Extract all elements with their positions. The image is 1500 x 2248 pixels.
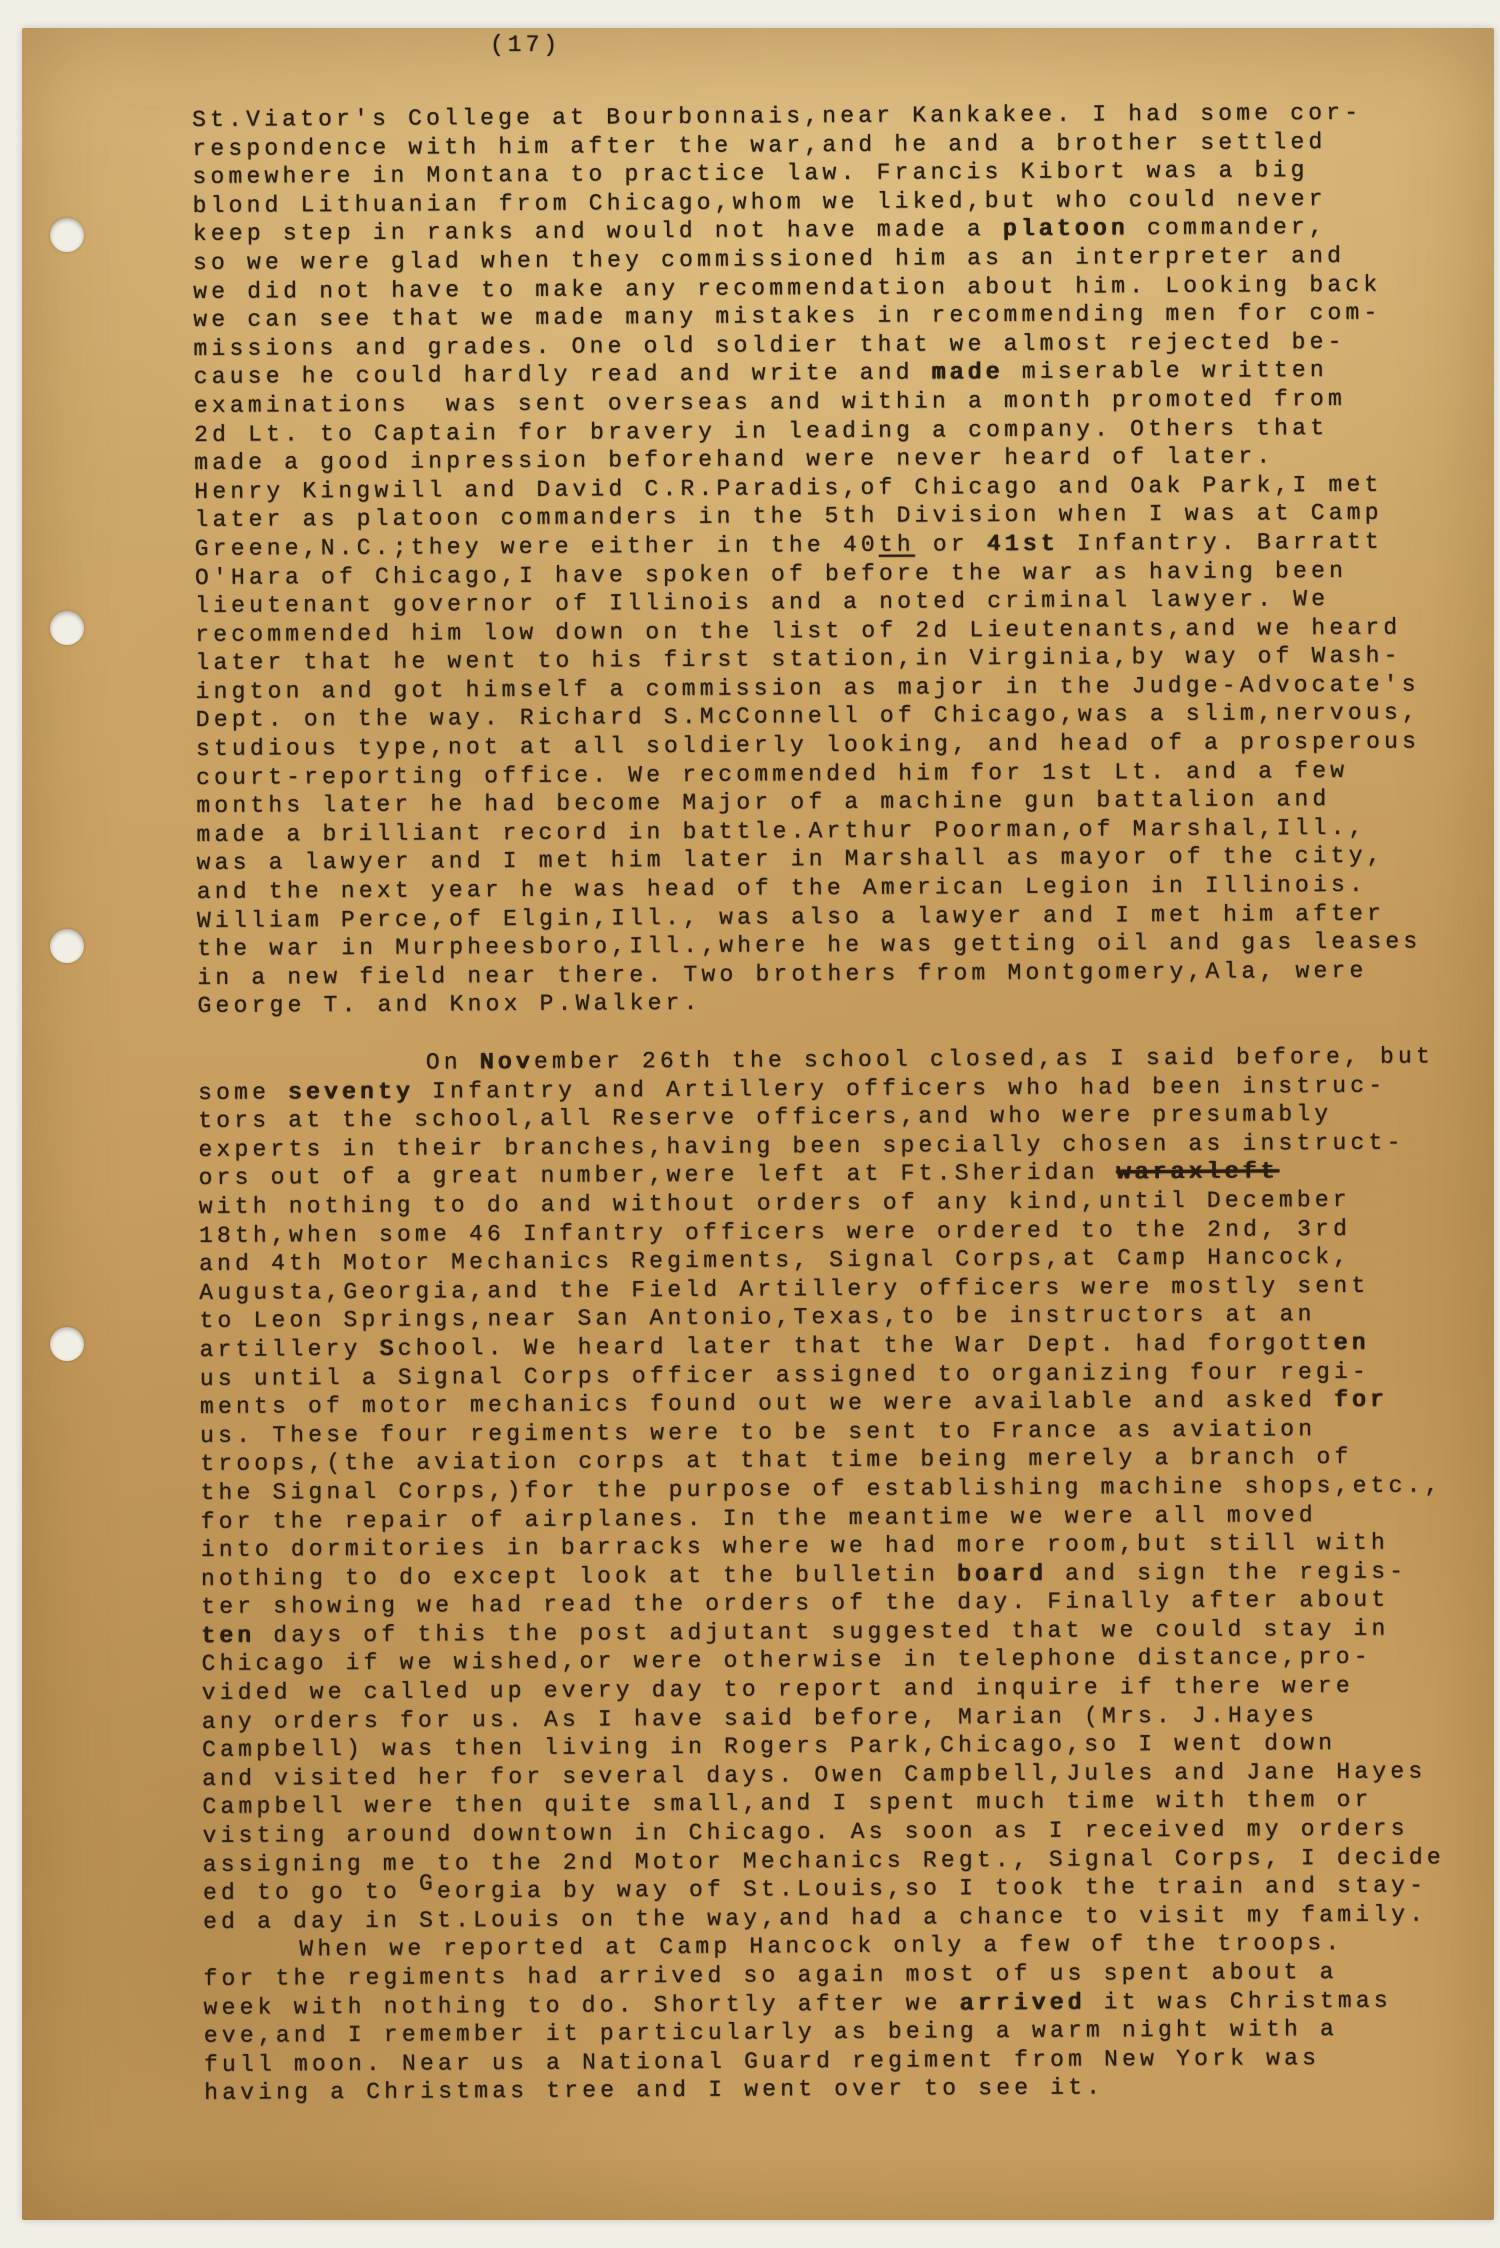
typed-text: eorgia by way of St.Louis,so I took the … — [437, 1873, 1427, 1905]
paragraph-1: St.Viator's College at Bourbonnais,near … — [192, 98, 1500, 1021]
typed-text: or — [915, 531, 987, 557]
typed-text: full moon. Near us a National Guard regi… — [204, 2045, 1320, 2078]
typed-text: commander, — [1129, 214, 1327, 241]
typed-text: it was Christmas — [1086, 1987, 1392, 2015]
punch-hole — [50, 1327, 84, 1361]
typed-text: some — [198, 1079, 288, 1106]
typed-text: Infantry. Barratt — [1059, 529, 1383, 557]
typed-text: artillery — [200, 1336, 380, 1363]
scan-background: (17) St.Viator's College at Bourbonnais,… — [0, 0, 1500, 2248]
typed-text: chool. We heard later that the War Dept.… — [398, 1330, 1334, 1362]
typed-text: made a good inpression beforehand were n… — [194, 443, 1274, 476]
typed-text-emphasis: G — [419, 1871, 437, 1897]
typed-text: and sign the regis- — [1047, 1558, 1407, 1586]
typed-text: On — [426, 1049, 480, 1075]
typed-text: ors out of a great number,were left at F… — [198, 1160, 1116, 1192]
document-text: St.Viator's College at Bourbonnais,near … — [192, 98, 1500, 2108]
typed-text-emphasis: arrived — [960, 1989, 1086, 2016]
paragraph-2: On November 26th the school closed,as I … — [198, 1042, 1500, 1936]
typed-text: nothing to do except look at the bulleti… — [201, 1561, 957, 1592]
typed-text: ed to go to — [203, 1879, 419, 1906]
typed-text: week with nothing to do. Shortly after w… — [204, 1990, 960, 2021]
typed-text-emphasis: th — [879, 531, 915, 557]
punch-hole — [50, 611, 84, 645]
typed-text: George T. and Knox P.Walker. — [197, 990, 701, 1019]
typed-text: miserable written — [1004, 357, 1328, 385]
typed-text: Infantry and Artillery officers who had … — [414, 1072, 1386, 1104]
typed-text-emphasis: platoon — [1003, 216, 1129, 243]
typed-text-emphasis: made — [932, 359, 1004, 385]
paragraph-3: When we reported at Camp Hancock only a … — [203, 1928, 1500, 2108]
typed-text-emphasis: en — [1334, 1330, 1370, 1356]
typed-text-emphasis: ten — [201, 1622, 255, 1648]
typed-text: in a new field near there. Two brothers … — [197, 958, 1367, 991]
typed-text: ember 26th the school closed,as I said b… — [534, 1043, 1434, 1074]
typed-text-emphasis: Nov — [480, 1049, 534, 1075]
typed-text-emphasis: S — [380, 1336, 398, 1362]
typed-text-emphasis: waraxleft — [1117, 1159, 1279, 1186]
typed-text: for the regiments had arrived so again m… — [203, 1959, 1337, 1992]
punch-hole — [50, 929, 84, 963]
typed-text: examinations was sent overseas and withi… — [194, 386, 1346, 419]
paper-page: (17) St.Viator's College at Bourbonnais,… — [22, 28, 1494, 2220]
typed-text: cause he could hardly read and write and — [194, 360, 932, 391]
page-number: (17) — [490, 32, 561, 58]
typed-text-emphasis: for — [1334, 1387, 1388, 1413]
punch-hole — [50, 218, 84, 252]
typed-text: having a Christmas tree and I went over … — [204, 2075, 1104, 2106]
typed-text-emphasis: board — [957, 1560, 1047, 1587]
typed-text-emphasis: seventy — [288, 1078, 414, 1105]
typed-text: When we reported at Camp Hancock only a … — [299, 1930, 1343, 1962]
typed-text-emphasis: 41st — [987, 531, 1059, 557]
typed-text: keep step in ranks and would not have ma… — [193, 216, 1003, 247]
typed-text: Greene,N.C.;they were either in the 40 — [195, 532, 879, 562]
